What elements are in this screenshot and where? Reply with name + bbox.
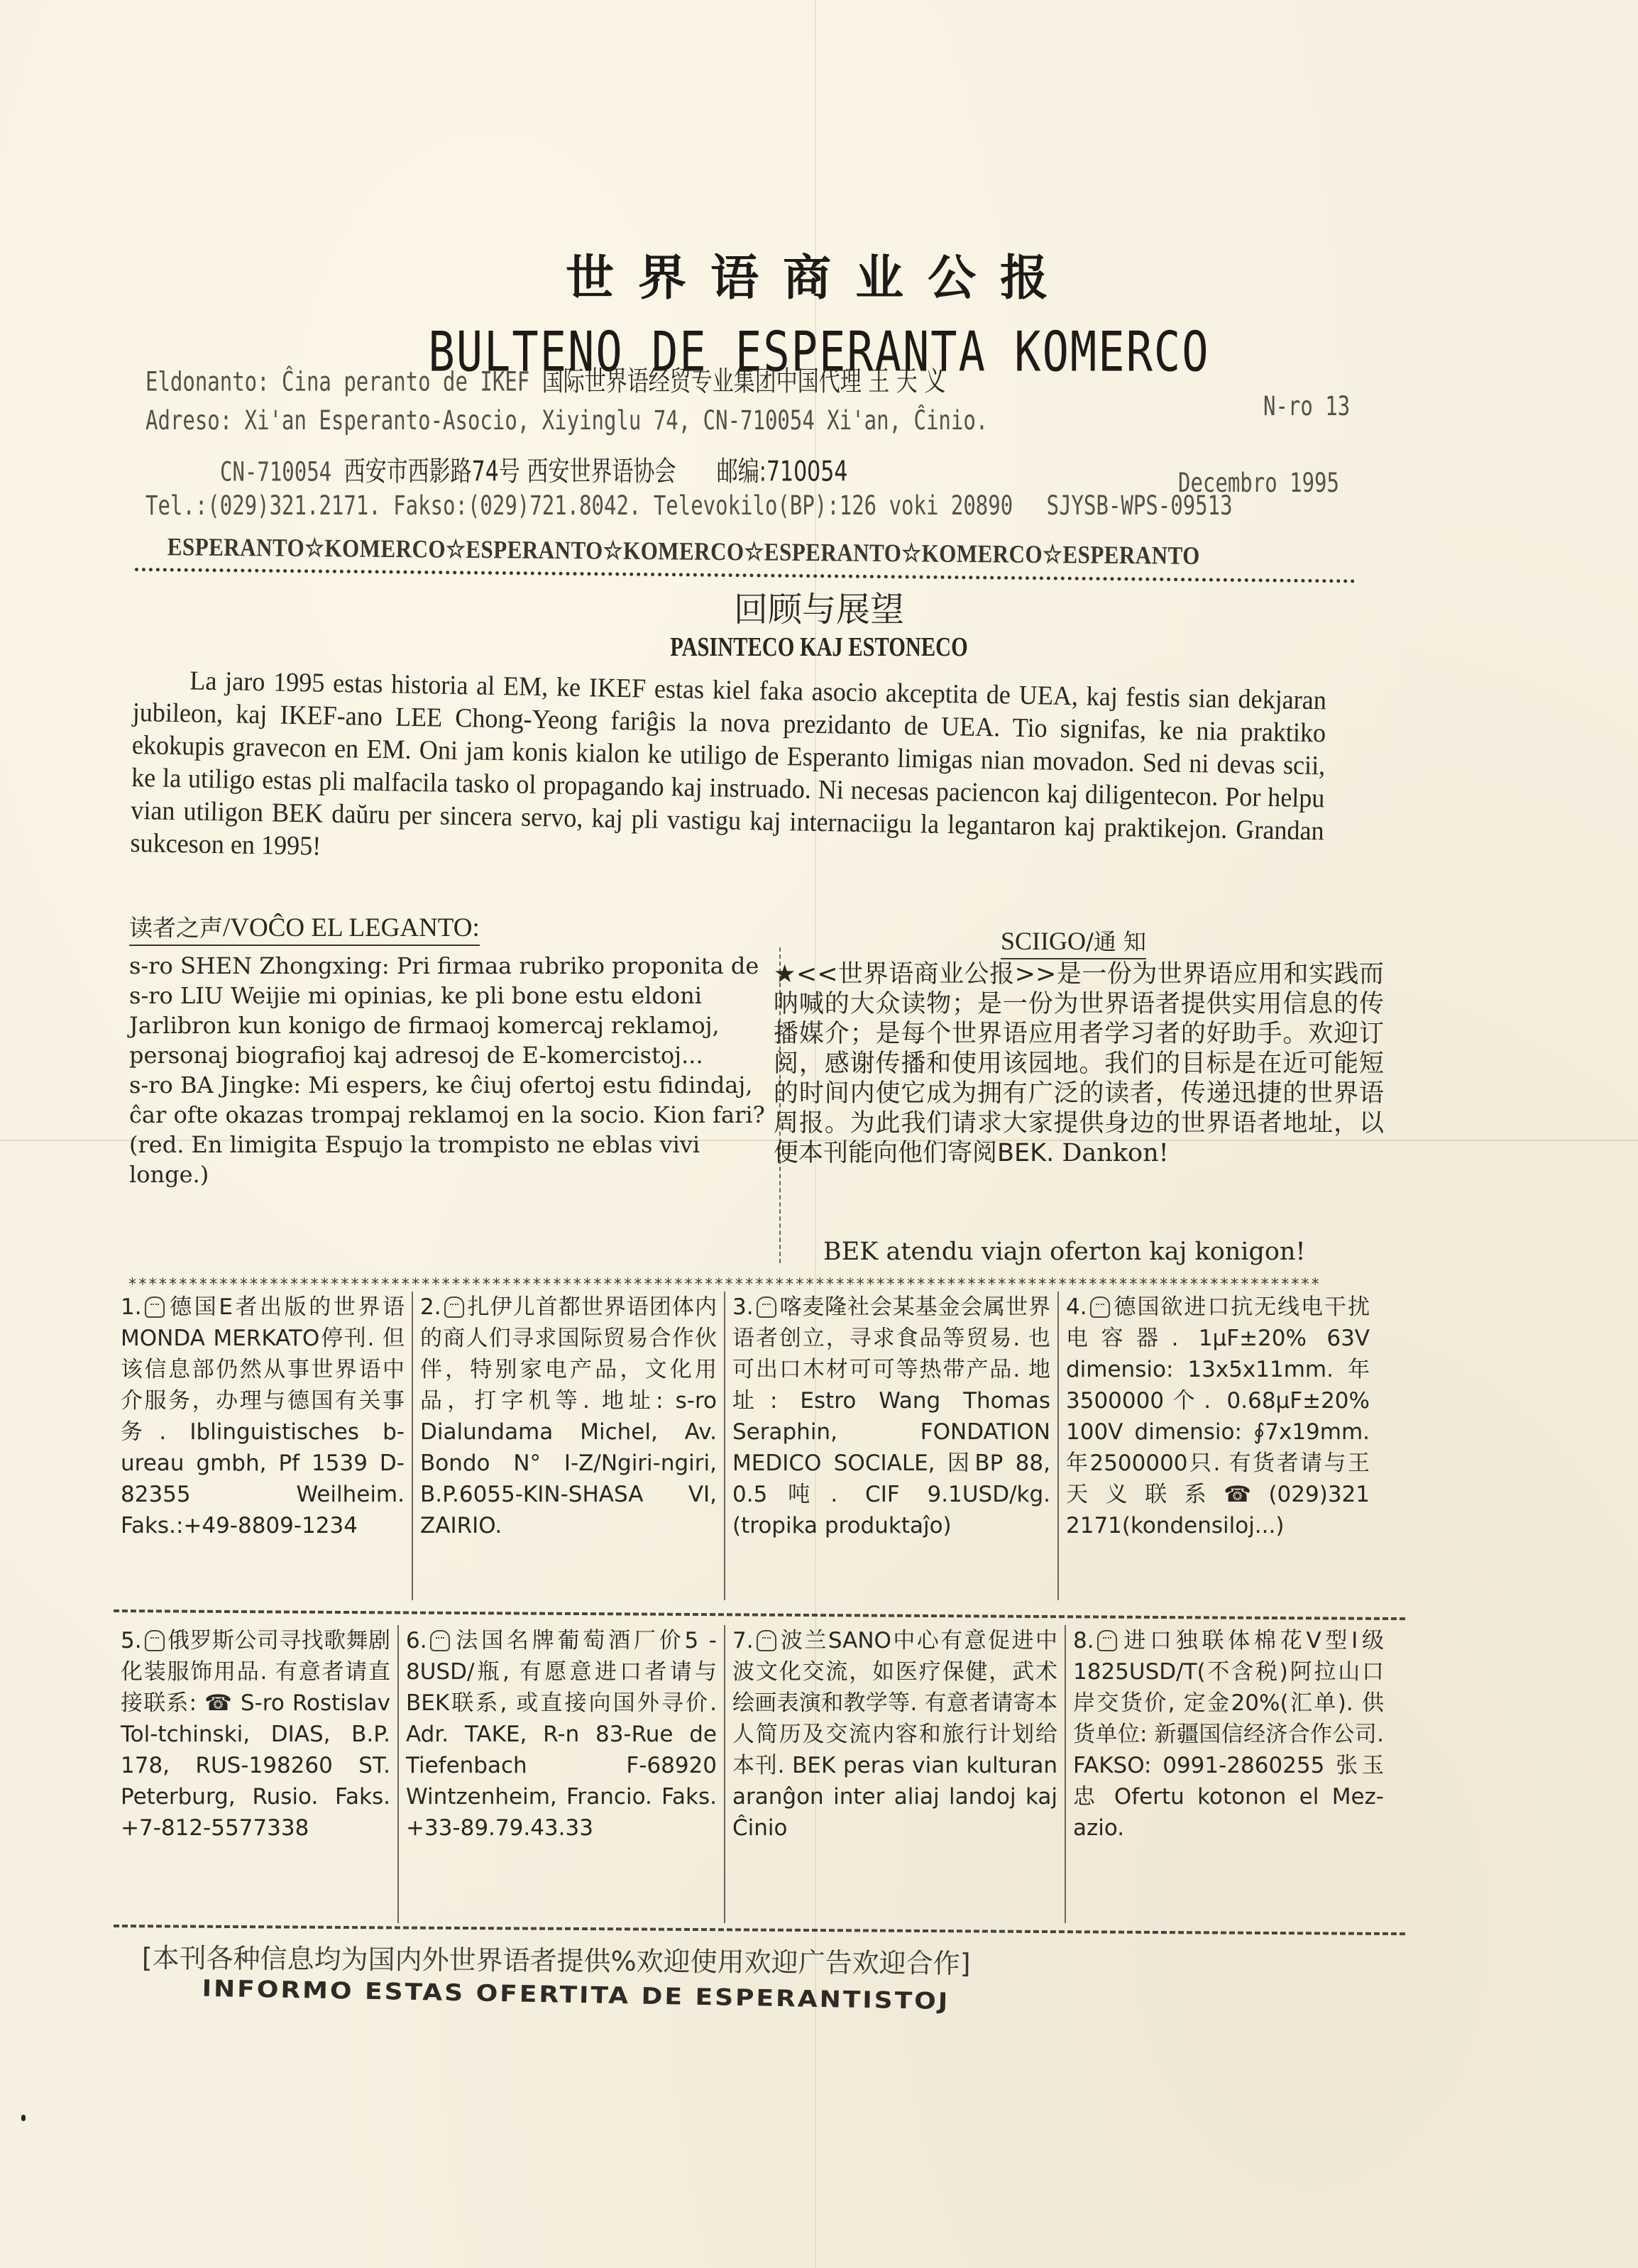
readers-voice-heading-eo: /VOĈO EL LEGANTO:: [223, 913, 480, 942]
ink-speck: [21, 2115, 26, 2121]
publisher-cn: 国际世界语经贸专业集团中国代理 王 天 义: [542, 365, 946, 398]
readers-voice-heading: 读者之声/VOĈO EL LEGANTO:: [129, 910, 480, 946]
contact-numbers: Tel.:(029)321.2171. Fakso:(029)721.8042.…: [145, 490, 1013, 521]
ad-item: 7.波兰SANO中心有意促进中波文化交流，如医疗保健，武术绘画表演和教学等. 有…: [724, 1625, 1065, 1923]
ad-text: 扎伊儿首都世界语团体内的商人们寻求国际贸易合作伙伴，特别家电产品，文化用品，打字…: [420, 1294, 717, 1538]
ad-item: 1.德国E者出版的世界语MONDA MERKATO停刊. 但该信息部仍然从事世界…: [114, 1292, 412, 1600]
notice-heading-cn: /通 知: [1086, 928, 1146, 955]
ads-row-divider: [114, 1609, 1405, 1620]
address-cn-code: CN-710054: [220, 456, 331, 487]
address-cn-line: CN-710054 西安市西影路74号 西安世界语协会 邮编:710054: [220, 448, 847, 489]
ad-item: 4.德国欲进口抗无线电干扰电容器. 1μF±20% 63V dimensio: …: [1057, 1292, 1377, 1600]
portrait-icon: [1097, 1630, 1117, 1651]
footer-slogan-cn: [本刊各种信息均为国内外世界语者提供%欢迎使用欢迎广告欢迎合作]: [142, 1936, 971, 1981]
registration-code: SJYSB-WPS-09513: [1047, 490, 1233, 521]
ad-number: 5.: [121, 1628, 142, 1653]
address-cn: 西安市西影路74号 西安世界语协会: [344, 456, 676, 488]
ad-number: 4.: [1066, 1294, 1087, 1320]
notice-heading-eo: SCIIGO: [1001, 927, 1086, 955]
contact-line: Tel.:(029)321.2171. Fakso:(029)721.8042.…: [145, 490, 1233, 521]
editorial-body: La jaro 1995 estas historia al EM, ke IK…: [130, 664, 1326, 880]
publisher-line: Eldonanto: Ĉina peranto de IKEF 国际世界语经贸专…: [145, 358, 945, 399]
editorial-title-eo: PASINTECO KAJ ESTONECO: [164, 632, 1474, 663]
ad-number: 8.: [1073, 1628, 1094, 1653]
person-icon: [444, 1297, 464, 1318]
address-line: Adreso: Xi'an Esperanto-Asocio, Xiyinglu…: [145, 404, 988, 436]
ad-number: 1.: [121, 1294, 142, 1320]
ad-item: 8.进口独联体棉花V型Ⅰ级1825USD/T(不含税)阿拉山口岸交货价, 定金2…: [1065, 1625, 1391, 1923]
hat-person-icon: [757, 1630, 776, 1651]
publisher-label: Eldonanto: Ĉina peranto de IKEF: [145, 365, 529, 397]
issue-number: N-ro 13: [1263, 390, 1350, 422]
portrait-icon: [145, 1630, 165, 1651]
editorial-title-cn: 回顾与展望: [0, 582, 1638, 631]
ad-number: 2.: [420, 1294, 441, 1320]
ad-text: 喀麦隆社会某基金会属世界语者创立，寻求食品等贸易. 也可出口木材可可等热带产品.…: [732, 1294, 1050, 1538]
ad-item: 5.俄罗斯公司寻找歌舞剧化装服饰用品. 有意者请直接联系: ☎ S-ro Ros…: [114, 1625, 397, 1923]
notice-text-cn: <<世界语商业公报>>是一份为世界语应用和实践而呐喊的大众读物；是一份为世界语者…: [774, 960, 1384, 1167]
star-bullet-icon: ★: [774, 960, 796, 989]
ad-text: 德国欲进口抗无线电干扰电容器. 1μF±20% 63V dimensio: 13…: [1066, 1294, 1370, 1538]
notice-thanks: Dankon!: [1062, 1139, 1168, 1167]
reader-letter: s-ro SHEN Zhongxing: Pri firmaa rubriko …: [129, 951, 768, 1070]
notice-closing: BEK atendu viajn oferton kaj konigon!: [823, 1238, 1306, 1266]
ad-text: 进口独联体棉花V型Ⅰ级1825USD/T(不含税)阿拉山口岸交货价, 定金20%…: [1073, 1628, 1384, 1841]
readers-voice-body: s-ro SHEN Zhongxing: Pri firmaa rubriko …: [129, 951, 768, 1189]
capacitor-icon: [1090, 1297, 1110, 1318]
ads-row-2: 5.俄罗斯公司寻找歌舞剧化装服饰用品. 有意者请直接联系: ☎ S-ro Ros…: [114, 1625, 1391, 1923]
readers-voice-heading-cn: 读者之声: [129, 914, 223, 942]
ad-number: 6.: [406, 1628, 427, 1653]
banner-strip: ESPERANTO☆KOMERCO☆ESPERANTO☆KOMERCO☆ESPE…: [167, 532, 1200, 571]
masthead-title-cn: 世界语商业公报: [0, 240, 1638, 309]
reader-letter: s-ro BA Jingke: Mi espers, ke ĉiuj ofert…: [129, 1070, 768, 1189]
postcode: 邮编:710054: [717, 456, 848, 488]
person-icon: [757, 1297, 776, 1318]
portrait-icon: [145, 1297, 165, 1318]
hat-person-icon: [430, 1630, 450, 1651]
ad-text: 德国E者出版的世界语MONDA MERKATO停刊. 但该信息部仍然从事世界语中…: [121, 1294, 405, 1538]
ad-text: 俄罗斯公司寻找歌舞剧化装服饰用品. 有意者请直接联系: ☎ S-ro Rosti…: [121, 1628, 390, 1841]
ad-number: 7.: [732, 1628, 754, 1653]
footer-divider: [114, 1925, 1405, 1935]
editorial-paragraph: La jaro 1995 estas historia al EM, ke IK…: [130, 664, 1326, 880]
ad-text: 波兰SANO中心有意促进中波文化交流，如医疗保健，武术绘画表演和教学等. 有意者…: [732, 1628, 1057, 1841]
ad-item: 2.扎伊儿首都世界语团体内的商人们寻求国际贸易合作伙伴，特别家电产品，文化用品，…: [412, 1292, 724, 1600]
notice-heading: SCIIGO/通 知: [1001, 924, 1146, 959]
ad-item: 3.喀麦隆社会某基金会属世界语者创立，寻求食品等贸易. 也可出口木材可可等热带产…: [724, 1292, 1057, 1600]
ad-text: 法国名牌葡萄酒厂价5 - 8USD/瓶, 有愿意进口者请与BEK联系, 或直接向…: [406, 1628, 717, 1841]
notice-body: ★<<世界语商业公报>>是一份为世界语应用和实践而呐喊的大众读物；是一份为世界语…: [774, 959, 1384, 1168]
ad-item: 6.法国名牌葡萄酒厂价5 - 8USD/瓶, 有愿意进口者请与BEK联系, 或直…: [397, 1625, 724, 1923]
footer-slogan-eo: INFORMO ESTAS OFERTITA DE ESPERANTISTOJ: [202, 1976, 950, 2015]
ad-number: 3.: [732, 1294, 754, 1320]
ads-row-1: 1.德国E者出版的世界语MONDA MERKATO停刊. 但该信息部仍然从事世界…: [114, 1292, 1391, 1600]
